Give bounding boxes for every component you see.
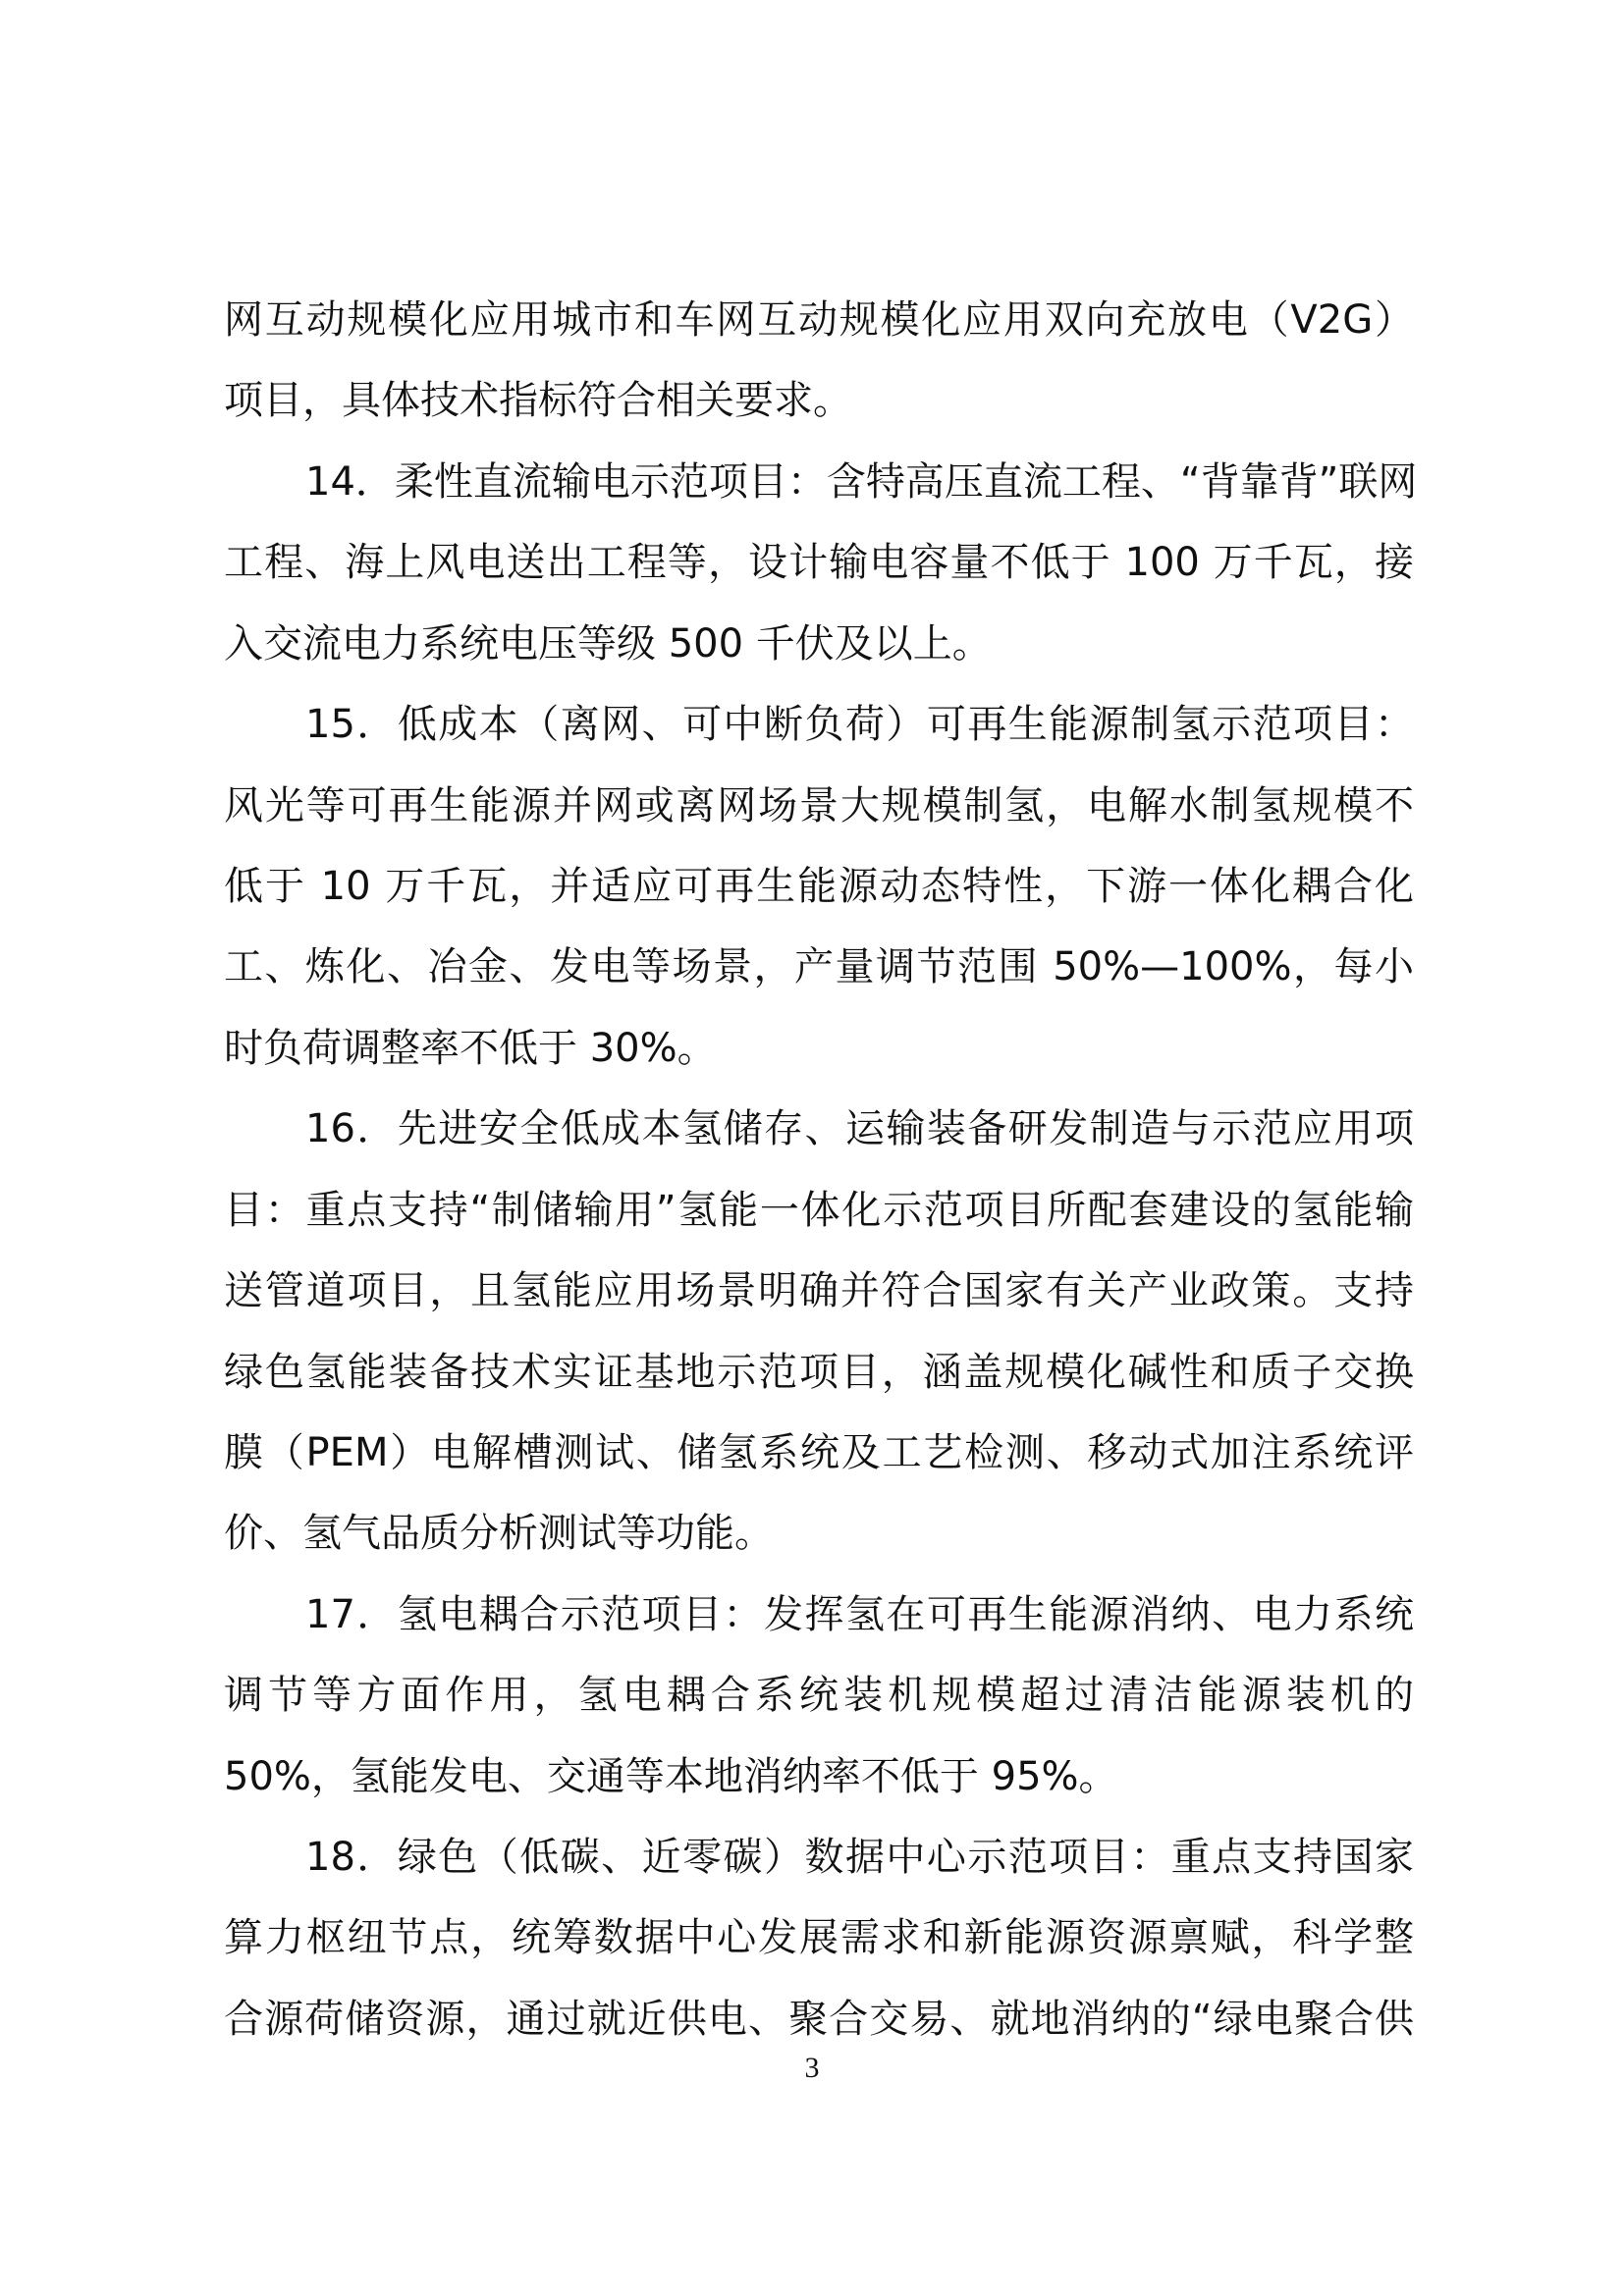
paragraph-line: 膜（PEM）电解槽测试、储氢系统及工艺检测、移动式加注系统评 xyxy=(224,1413,1414,1493)
item-16-heading-line: 16．先进安全低成本氢储存、运输装备研发制造与示范应用项 xyxy=(305,1089,1414,1169)
paragraph-line: 风光等可再生能源并网或离网场景大规模制氢，电解水制氢规模不 xyxy=(224,766,1414,846)
paragraph-line: 工、炼化、冶金、发电等场景，产量调节范围 50%—100%，每小 xyxy=(224,927,1414,1007)
paragraph-line: 50%，氢能发电、交通等本地消纳率不低于 95%。 xyxy=(224,1736,1414,1817)
item-17-heading-line: 17．氢电耦合示范项目：发挥氢在可再生能源消纳、电力系统 xyxy=(305,1575,1414,1655)
item-15-heading-line: 15．低成本（离网、可中断负荷）可再生能源制氢示范项目： xyxy=(305,684,1414,765)
page-number: 3 xyxy=(0,2052,1624,2085)
paragraph-line: 工程、海上风电送出工程等，设计输电容量不低于 100 万千瓦，接 xyxy=(224,522,1414,603)
paragraph-line: 绿色氢能装备技术实证基地示范项目，涵盖规模化碱性和质子交换 xyxy=(224,1332,1414,1413)
paragraph-line: 调节等方面作用，氢电耦合系统装机规模超过清洁能源装机的 xyxy=(224,1655,1414,1735)
paragraph-line: 时负荷调整率不低于 30%。 xyxy=(224,1008,1414,1089)
paragraph-line: 目：重点支持“制储输用”氢能一体化示范项目所配套建设的氢能输 xyxy=(224,1170,1414,1251)
paragraph-line: 网互动规模化应用城市和车网互动规模化应用双向充放电（V2G） xyxy=(224,280,1414,360)
paragraph-line: 合源荷储资源，通过就近供电、聚合交易、就地消纳的“绿电聚合供 xyxy=(224,1979,1414,2059)
item-14-heading-line: 14．柔性直流输电示范项目：含特高压直流工程、“背靠背”联网 xyxy=(305,442,1414,522)
item-18-heading-line: 18．绿色（低碳、近零碳）数据中心示范项目：重点支持国家 xyxy=(305,1817,1414,1897)
paragraph-line: 项目，具体技术指标符合相关要求。 xyxy=(224,360,1414,441)
paragraph-line: 入交流电力系统电压等级 500 千伏及以上。 xyxy=(224,604,1414,684)
paragraph-line: 低于 10 万千瓦，并适应可再生能源动态特性，下游一体化耦合化 xyxy=(224,846,1414,927)
paragraph-line: 送管道项目，且氢能应用场景明确并符合国家有关产业政策。支持 xyxy=(224,1251,1414,1331)
paragraph-line: 价、氢气品质分析测试等功能。 xyxy=(224,1493,1414,1574)
paragraph-line: 算力枢纽节点，统筹数据中心发展需求和新能源资源禀赋，科学整 xyxy=(224,1897,1414,1978)
document-page: 网互动规模化应用城市和车网互动规模化应用双向充放电（V2G） 项目，具体技术指标… xyxy=(0,0,1624,2296)
